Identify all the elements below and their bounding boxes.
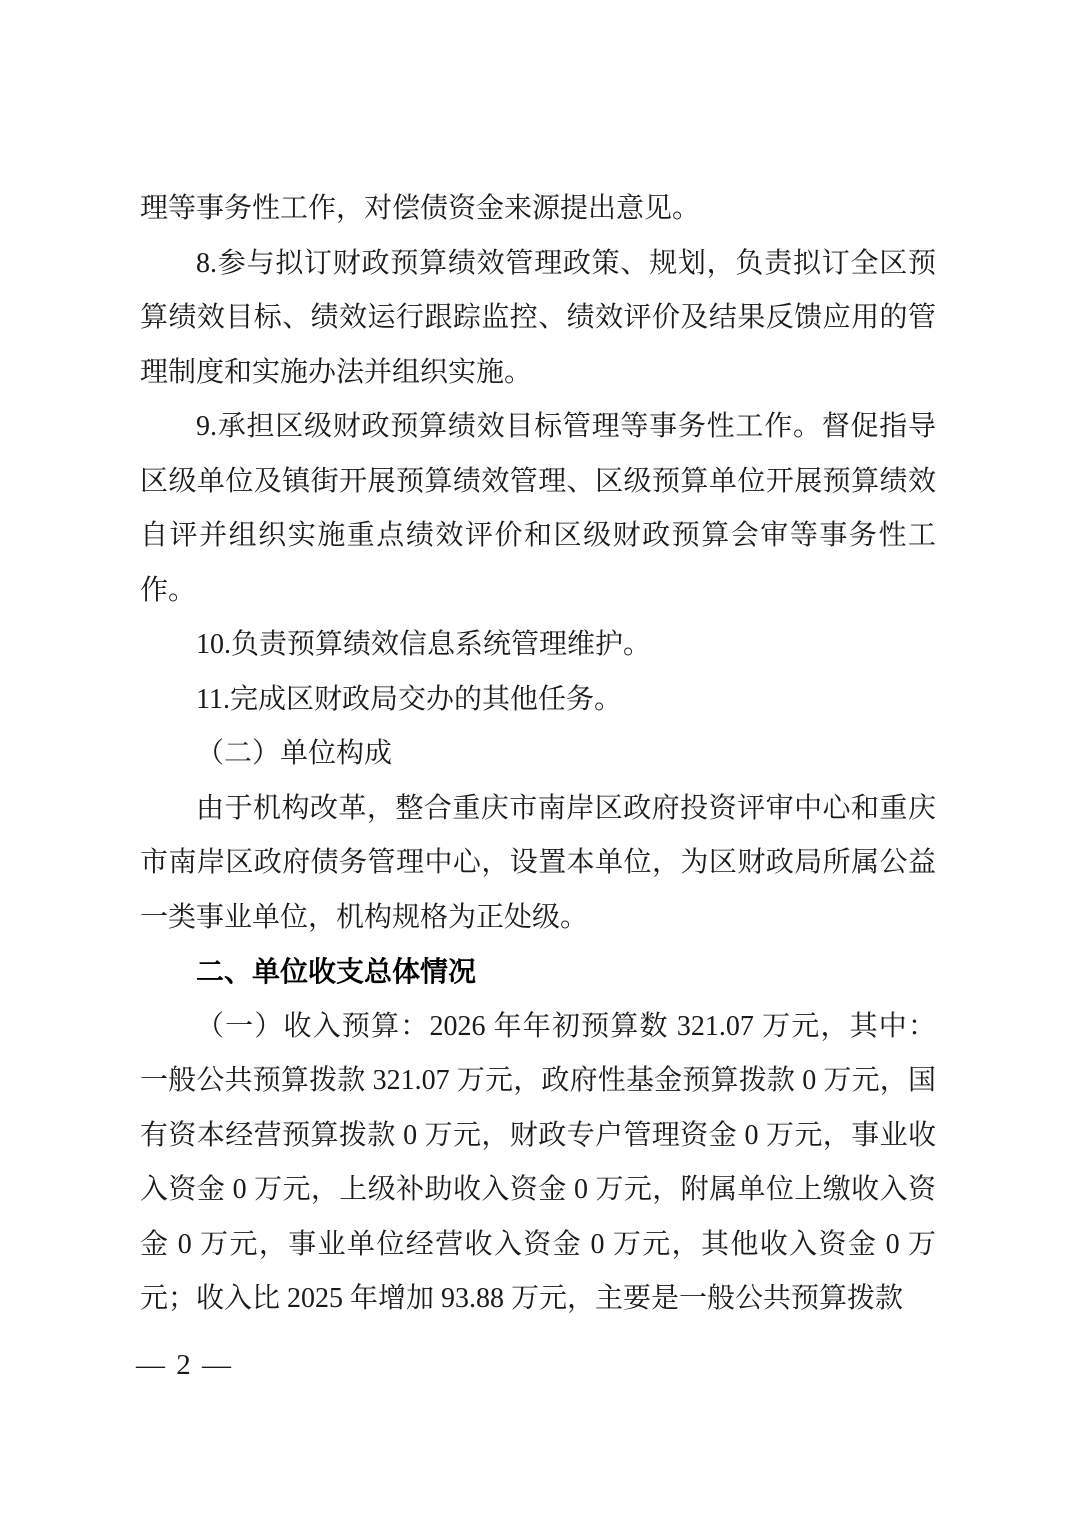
paragraph-continuation: 理等事务性工作，对偿债资金来源提出意见。 [140,182,936,237]
paragraph-income-budget: （一）收入预算：2026 年年初预算数 321.07 万元，其中：一般公共预算拨… [140,1000,936,1327]
paragraph-unit-composition: 由于机构改革，整合重庆市南岸区政府投资评审中心和重庆市南岸区政府债务管理中心，设… [140,782,936,946]
paragraph-item-8: 8.参与拟订财政预算绩效管理政策、规划，负责拟订全区预算绩效目标、绩效运行跟踪监… [140,237,936,401]
document-body: 理等事务性工作，对偿债资金来源提出意见。 8.参与拟订财政预算绩效管理政策、规划… [140,182,936,1327]
paragraph-item-9: 9.承担区级财政预算绩效目标管理等事务性工作。督促指导区级单位及镇街开展预算绩效… [140,400,936,618]
page-number: — 2 — [136,1349,233,1382]
paragraph-item-10: 10.负责预算绩效信息系统管理维护。 [140,618,936,673]
subsection-title-unit-composition: （二）单位构成 [140,727,936,782]
section-heading-budget-overview: 二、单位收支总体情况 [140,945,936,1000]
paragraph-item-11: 11.完成区财政局交办的其他任务。 [140,673,936,728]
document-page: { "document": { "background": "#ffffff",… [0,0,1074,1520]
